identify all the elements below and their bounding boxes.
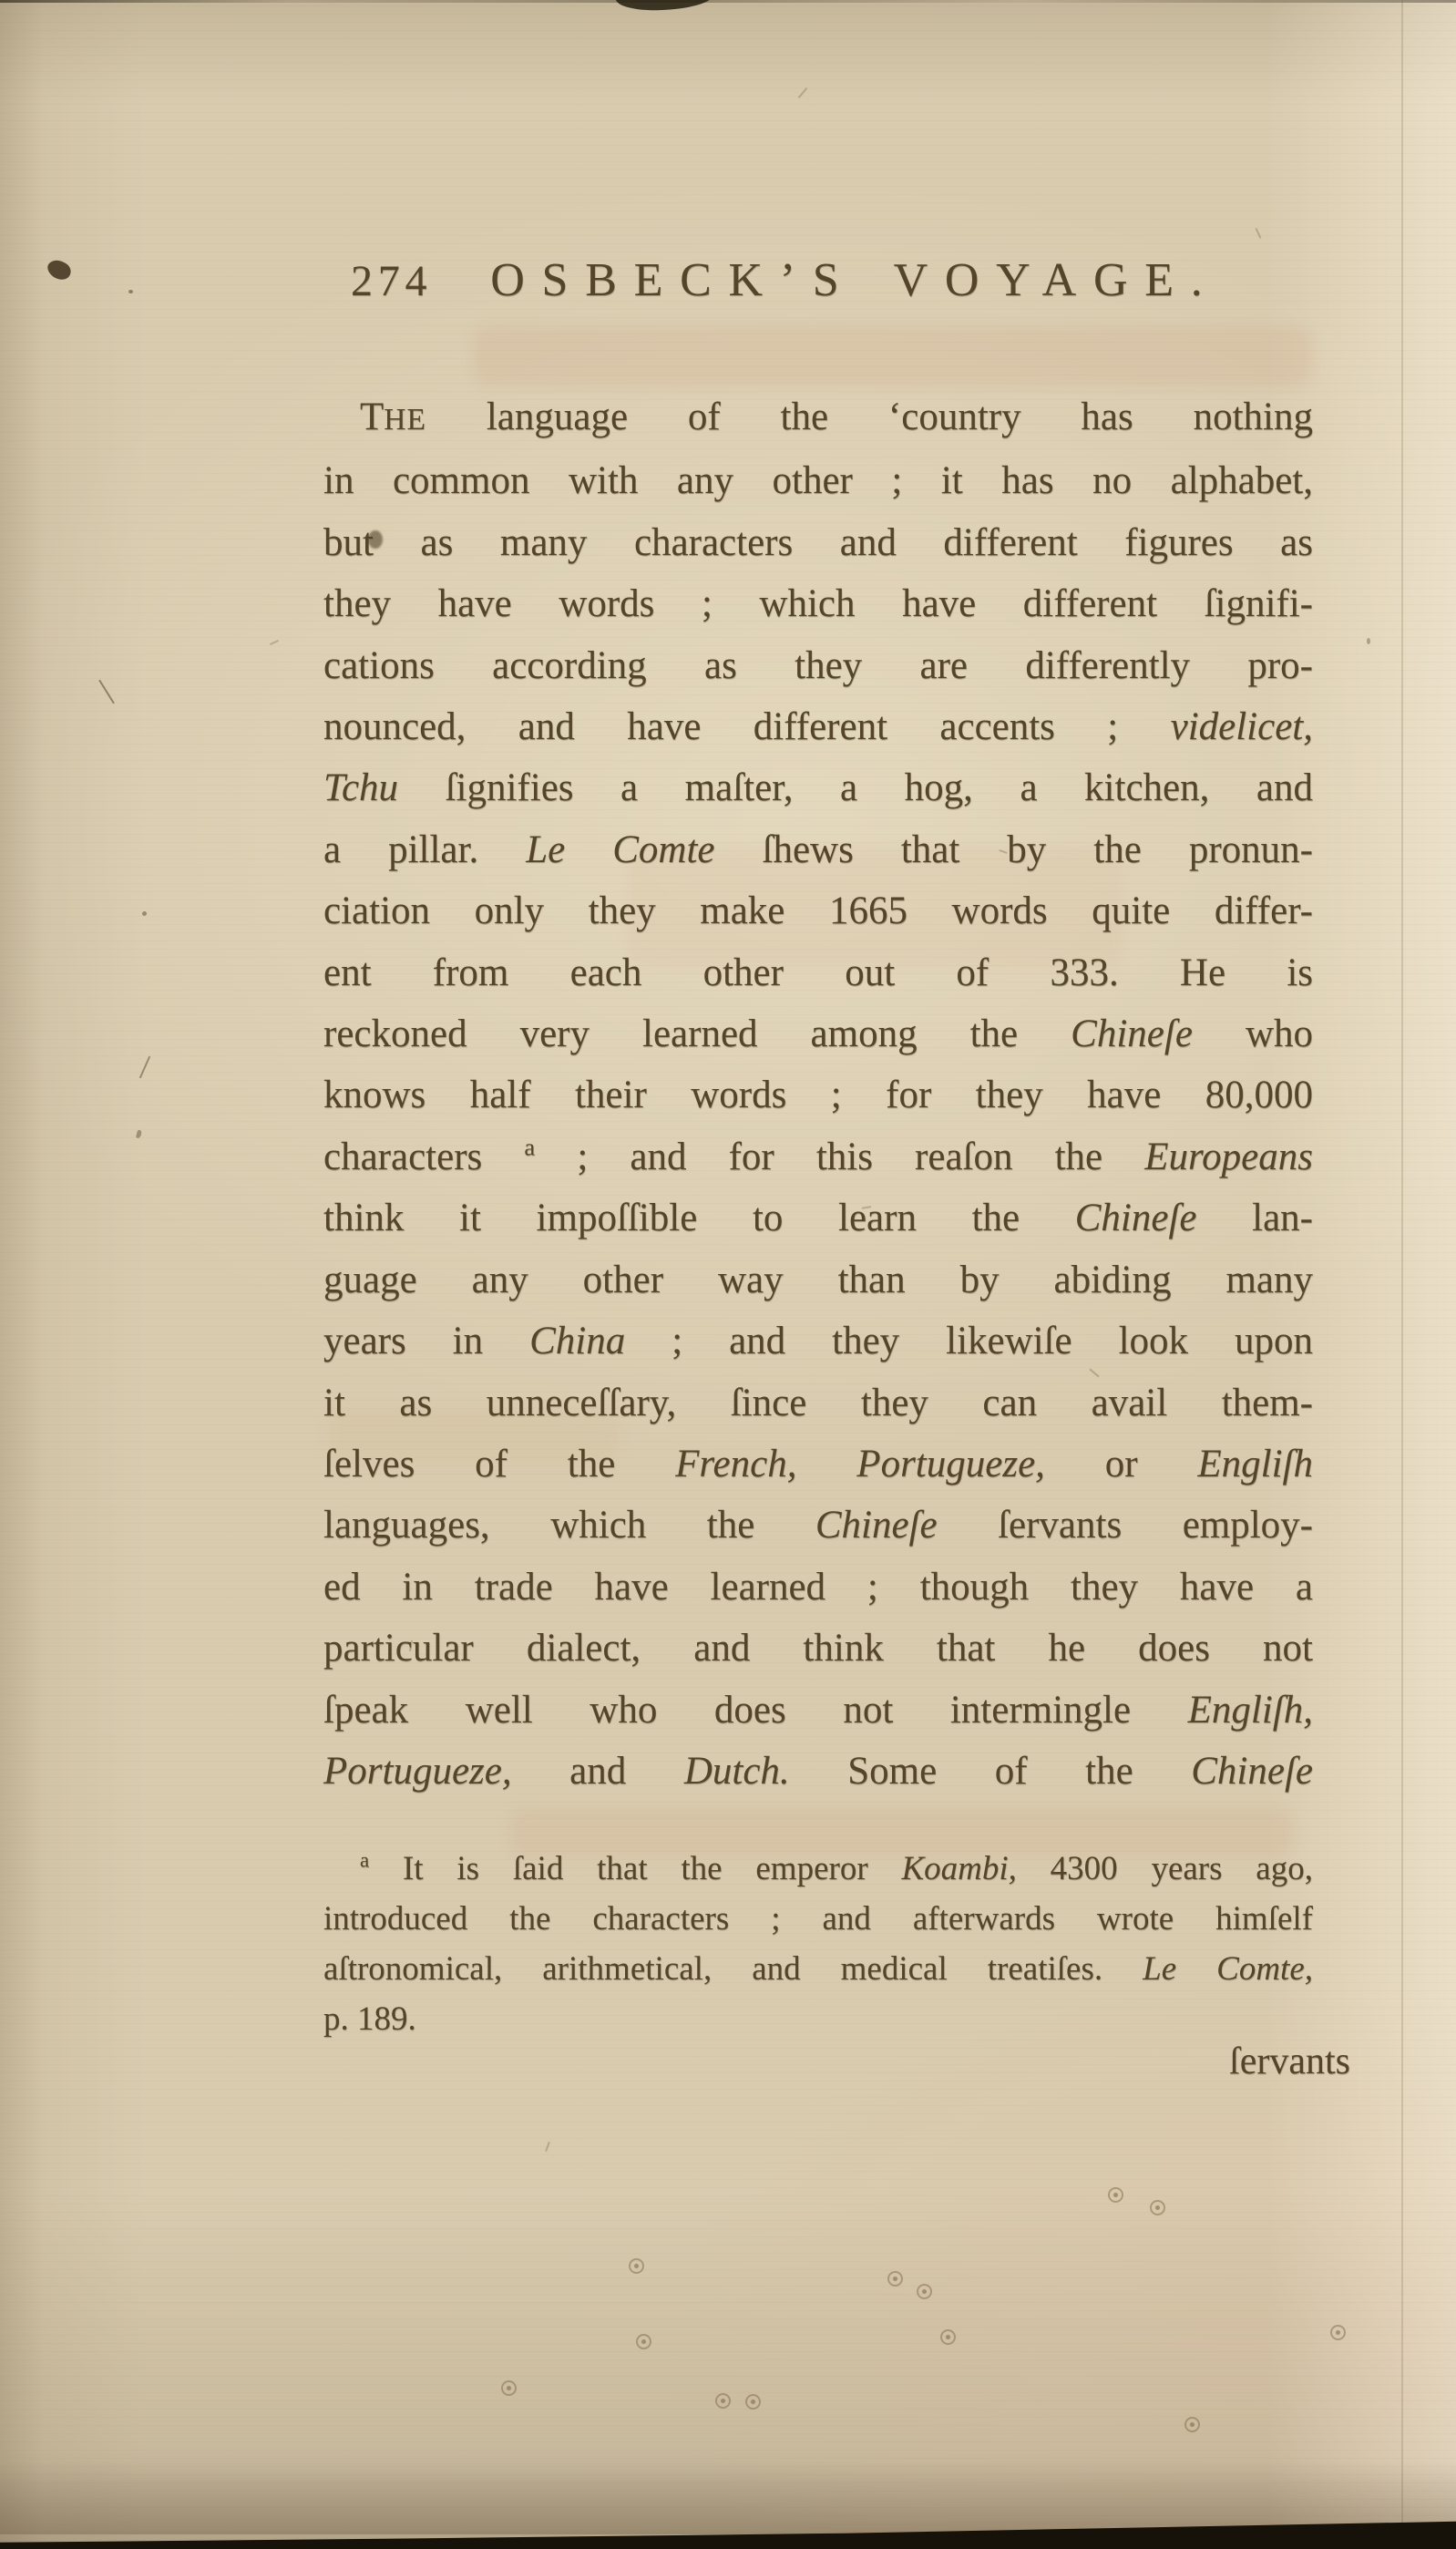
paper-swirl-mark: [745, 2394, 761, 2410]
page-header: 274 OSBECK’S VOYAGE.: [351, 253, 1219, 307]
text-segment: ; and for this reaſon the: [535, 1136, 1144, 1178]
text-segment: China: [529, 1320, 625, 1362]
text-line: they have words ; which have different ſ…: [323, 573, 1313, 634]
text-segment: years in: [323, 1320, 529, 1362]
text-segment: ſelves of the: [323, 1443, 675, 1485]
text-line: ſpeak well who does not intermingle Engl…: [323, 1680, 1313, 1741]
text-segment: HE: [384, 403, 426, 437]
text-segment: who: [1193, 1012, 1313, 1055]
text-segment: a: [360, 1849, 369, 1872]
text-line: aſtronomical, arithmetical, and medical …: [323, 1944, 1313, 1994]
text-segment: ſhews that by the pronun-: [715, 828, 1313, 871]
text-segment: [796, 1443, 856, 1485]
text-line: ent from each other out of 333. He is: [323, 942, 1313, 1003]
text-segment: think it impoſſible to learn the: [323, 1197, 1075, 1239]
text-segment: French,: [675, 1443, 796, 1485]
text-segment: T: [360, 396, 384, 438]
body-text: THE language of the ‘country has nothing…: [323, 386, 1313, 1802]
catchword: ſervants: [1048, 2040, 1350, 2083]
text-segment: Chineſe: [1191, 1750, 1313, 1793]
text-segment: reckoned very learned among the: [323, 1012, 1071, 1055]
ink-smudge: [368, 530, 383, 549]
paper-fiber: [1256, 228, 1262, 239]
text-segment: Dutch.: [684, 1750, 790, 1793]
text-segment: Tchu: [323, 766, 398, 809]
bottom-shadow: [0, 2462, 1456, 2534]
text-segment: lan-: [1197, 1197, 1313, 1239]
text-line: but as many characters and different fig…: [323, 512, 1313, 573]
text-segment: ed in trade have learned ; though they h…: [323, 1566, 1313, 1609]
text-line: cations according as they are differentl…: [323, 635, 1313, 696]
paper-swirl-mark: [1330, 2325, 1346, 2340]
text-segment: Chineſe: [1071, 1012, 1193, 1055]
text-segment: Le Comte,: [1143, 1950, 1313, 1988]
text-segment: particular dialect, and think that he do…: [323, 1627, 1313, 1670]
text-segment: they have words ; which have different ſ…: [323, 582, 1313, 625]
text-segment: ciation only they make 1665 words quite …: [323, 889, 1313, 932]
text-line: think it impoſſible to learn the Chineſe…: [323, 1187, 1313, 1249]
paper-fiber: [270, 640, 279, 645]
text-segment: Chineſe: [1075, 1197, 1197, 1239]
text-segment: nounced, and have different accents ;: [323, 705, 1171, 748]
text-line: nounced, and have different accents ; vi…: [323, 696, 1313, 757]
text-segment: Engliſh: [1197, 1443, 1313, 1485]
paper-swirl-mark: [1150, 2200, 1165, 2215]
paper-fiber: [798, 87, 808, 98]
paper-swirl-mark: [887, 2271, 903, 2287]
text-line: guage any other way than by abiding many: [323, 1249, 1313, 1310]
text-line: Portugueze, and Dutch. Some of the Chine…: [323, 1741, 1313, 1802]
text-segment: Koambi,: [901, 1850, 1016, 1887]
text-line: reckoned very learned among the Chineſe …: [323, 1003, 1313, 1064]
text-segment: Some of the: [790, 1750, 1192, 1793]
margin-stroke: [98, 680, 115, 704]
text-segment: Europeans: [1144, 1136, 1313, 1178]
text-segment: introduced the characters ; and afterwar…: [323, 1900, 1313, 1937]
text-line: it as unneceſſary, ſince they can avail …: [323, 1372, 1313, 1434]
scanned-book-page: 274 OSBECK’S VOYAGE. THE language of the…: [0, 0, 1456, 2549]
text-segment: languages, which the: [323, 1504, 815, 1547]
text-segment: language of the ‘country has nothing: [426, 396, 1313, 438]
paper-swirl-mark: [629, 2258, 644, 2274]
text-segment: Le Comte: [526, 828, 714, 871]
text-line: particular dialect, and think that he do…: [323, 1618, 1313, 1679]
paper-swirl-mark: [1184, 2417, 1200, 2432]
text-segment: ſervants employ-: [938, 1504, 1313, 1547]
ink-speck: [136, 1130, 142, 1139]
text-line: THE language of the ‘country has nothing: [323, 386, 1313, 450]
text-line: ed in trade have learned ; though they h…: [323, 1557, 1313, 1618]
text-segment: cations according as they are differentl…: [323, 644, 1313, 687]
text-segment: aſtronomical, arithmetical, and medical …: [323, 1950, 1143, 1988]
text-segment: Chineſe: [815, 1504, 938, 1547]
top-ink-swoosh: [616, 0, 713, 12]
running-title: OSBECK’S VOYAGE.: [490, 253, 1219, 307]
text-segment: it as unneceſſary, ſince they can avail …: [323, 1382, 1313, 1424]
text-line: a It is ſaid that the emperor Koambi, 43…: [323, 1844, 1313, 1894]
text-line: characters a ; and for this reaſon the E…: [323, 1126, 1313, 1187]
text-segment: p. 189.: [323, 2000, 416, 2038]
text-line: in common with any other ; it has no alp…: [323, 450, 1313, 511]
paper-swirl-mark: [1108, 2187, 1123, 2203]
text-segment: 4300 years ago,: [1017, 1850, 1313, 1887]
paper-swirl-mark: [715, 2393, 731, 2409]
ink-speck: [128, 290, 133, 293]
text-segment: a pillar.: [323, 828, 526, 871]
text-line: Tchu ſignifies a maſter, a hog, a kitche…: [323, 757, 1313, 818]
text-segment: or: [1045, 1443, 1197, 1485]
text-segment: a: [524, 1134, 535, 1161]
text-line: languages, which the Chineſe ſervants em…: [323, 1495, 1313, 1556]
text-segment: It is ſaid that the emperor: [369, 1850, 901, 1887]
paper-swirl-mark: [940, 2329, 956, 2345]
page-top-edge: [0, 0, 1456, 3]
paper-swirl-mark: [917, 2284, 932, 2299]
text-line: introduced the characters ; and afterwar…: [323, 1894, 1313, 1944]
page-number: 274: [351, 256, 432, 306]
text-segment: ; and they likewiſe look upon: [625, 1320, 1313, 1362]
text-line: ciation only they make 1665 words quite …: [323, 880, 1313, 941]
show-through-stain: [474, 326, 1312, 386]
text-segment: Portugueze,: [856, 1443, 1045, 1485]
text-segment: but as many characters and different fig…: [323, 521, 1313, 564]
text-segment: ſignifies a maſter, a hog, a kitchen, an…: [398, 766, 1313, 809]
page-edge-line: [1401, 0, 1403, 2549]
text-segment: knows half their words ; for they have 8…: [323, 1074, 1313, 1116]
text-segment: videlicet,: [1171, 705, 1313, 748]
paper-swirl-mark: [501, 2380, 517, 2396]
ink-blot: [45, 255, 75, 284]
margin-stroke: [139, 1056, 150, 1079]
text-segment: and: [512, 1750, 684, 1793]
text-line: p. 189.: [323, 1994, 1313, 2044]
text-segment: ſpeak well who does not intermingle: [323, 1689, 1188, 1732]
text-segment: in common with any other ; it has no alp…: [323, 459, 1313, 502]
text-line: ſelves of the French, Portugueze, or Eng…: [323, 1434, 1313, 1495]
text-line: years in China ; and they likewiſe look …: [323, 1310, 1313, 1372]
text-segment: Portugueze,: [323, 1750, 512, 1793]
text-segment: Engliſh,: [1188, 1689, 1313, 1732]
text-segment: guage any other way than by abiding many: [323, 1259, 1313, 1301]
text-segment: ent from each other out of 333. He is: [323, 951, 1313, 994]
text-segment: characters: [323, 1136, 524, 1178]
paper-fiber: [545, 2142, 550, 2152]
ink-speck: [142, 911, 147, 916]
text-line: a pillar. Le Comte ſhews that by the pro…: [323, 819, 1313, 880]
ink-speck: [1367, 638, 1370, 644]
footnote: a It is ſaid that the emperor Koambi, 43…: [323, 1844, 1313, 2044]
text-line: knows half their words ; for they have 8…: [323, 1064, 1313, 1125]
paper-swirl-mark: [636, 2334, 651, 2349]
